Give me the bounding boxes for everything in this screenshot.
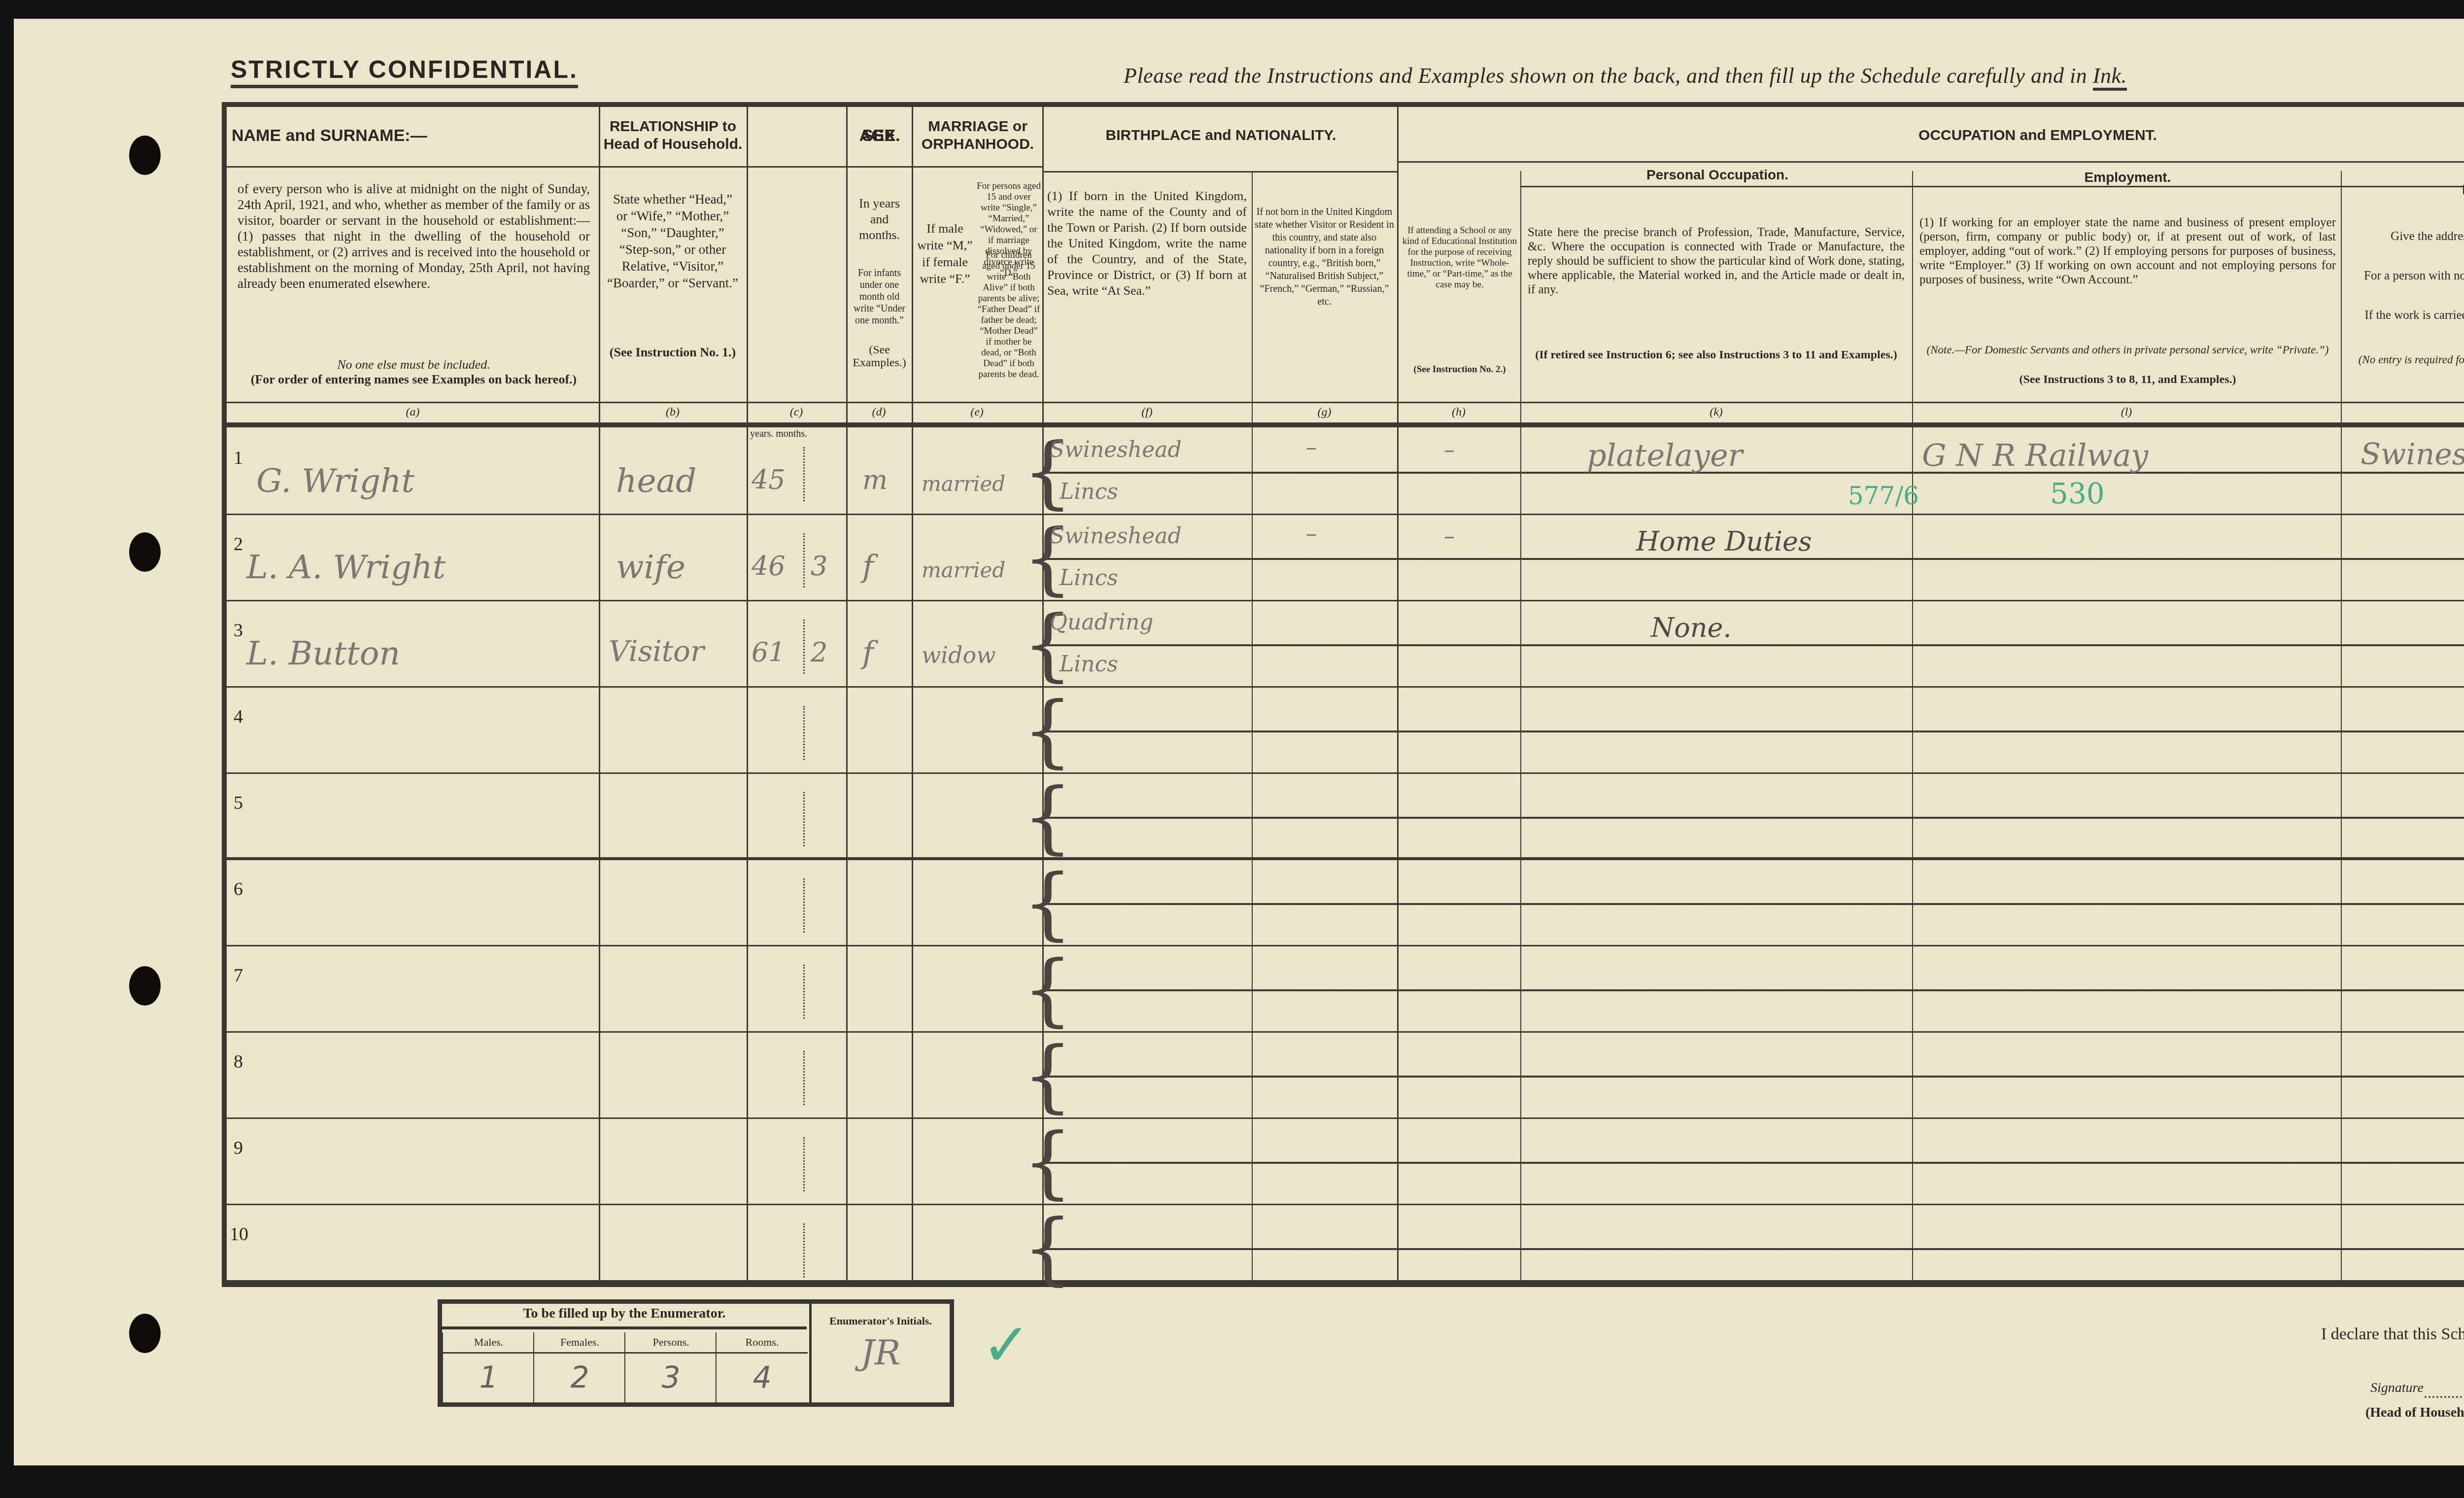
col-letter: (b) (599, 406, 747, 419)
half-row-line (1045, 731, 2464, 732)
row-number: 4 (234, 706, 243, 728)
half-row-line (1045, 558, 2464, 560)
divider (227, 422, 2464, 427)
row-divider (227, 1204, 2464, 1205)
birthplace-title: BIRTHPLACE and NATIONALITY. (1045, 127, 1397, 144)
col-g-body: If not born in the United Kingdom state … (1254, 206, 1395, 308)
row-divider (227, 945, 2464, 946)
row2-name[interactable]: L. A. Wright (246, 548, 445, 586)
enumerator-totals-box: To be filled up by the Enumerator. Males… (438, 1299, 954, 1407)
age-separator (803, 706, 805, 760)
row1-name[interactable]: G. Wright (256, 462, 414, 500)
age-separator (803, 878, 805, 933)
col-e-title: MARRIAGE or ORPHANHOOD. (914, 118, 1041, 153)
col-letter: (d) (846, 406, 912, 419)
persons-label: Persons. (625, 1332, 717, 1354)
col-c-body: In years and months. (849, 196, 910, 243)
divider (912, 107, 913, 1280)
punch-hole (129, 136, 161, 175)
divider (599, 107, 600, 1280)
rooms-label: Rooms. (717, 1332, 808, 1354)
row1-employment-code: 530 (2050, 477, 2105, 510)
divider (2341, 171, 2342, 1280)
col-k-body: State here the precise branch of Profess… (1528, 225, 1905, 297)
half-row-line (1045, 472, 2464, 474)
row1-place-of-work[interactable]: Swineshead (2361, 437, 2464, 472)
row3-birthplace-2[interactable]: Lincs (1060, 652, 1118, 677)
divider (1397, 107, 1399, 1280)
confidential-heading: STRICTLY CONFIDENTIAL. (231, 55, 578, 88)
row-number: 3 (234, 620, 243, 641)
row1-relationship[interactable]: head (616, 462, 696, 500)
divider (1042, 171, 1397, 173)
divider (227, 166, 1042, 168)
row2-age-months[interactable]: 3 (811, 551, 827, 582)
col-letter: (m) (2341, 406, 2464, 419)
col-letter: (h) (1397, 406, 1520, 419)
brace-icon: { (1023, 1036, 1073, 1115)
col-m-body: Give the address of each person's place … (2348, 230, 2464, 243)
col-c-note: (See Examples.) (849, 344, 910, 369)
col-h-body: If attending a School or any kind of Edu… (1401, 225, 1519, 290)
enumerator-box-title: To be filled up by the Enumerator. (442, 1306, 807, 1329)
row-divider (227, 772, 2464, 774)
col-l-title: Employment. (1915, 169, 2341, 186)
row2-birthplace-1[interactable]: Swineshead (1050, 523, 1182, 549)
row-number: 6 (234, 878, 243, 900)
row1-marriage[interactable]: married (922, 472, 1005, 496)
col-a-note2: (For order of entering names see Example… (238, 373, 590, 386)
row-divider (227, 1117, 2464, 1119)
age-subheader: years. months. (750, 428, 807, 440)
row-divider (227, 686, 2464, 688)
punch-hole (129, 966, 161, 1006)
age-separator (803, 447, 805, 501)
age-separator (803, 1137, 805, 1191)
col-a-note: No one else must be included. (238, 358, 590, 371)
col-m-body2: For a person with no regular place of wo… (2348, 270, 2464, 295)
divider (1912, 171, 1913, 1280)
row-number: 2 (234, 533, 243, 555)
row1-birthplace-2[interactable]: Lincs (1060, 479, 1118, 504)
col-l-note: (Note.—For Domestic Servants and others … (1919, 344, 2336, 356)
half-row-line (1045, 817, 2464, 819)
col-letter: (a) (227, 406, 599, 419)
row2-occupation[interactable]: Home Duties (1636, 526, 1812, 557)
age-separator (803, 1051, 805, 1105)
age-separator (803, 792, 805, 846)
signature-line (2425, 1396, 2464, 1398)
row1-occupation[interactable]: platelayer (1587, 437, 1743, 473)
row-divider (227, 600, 2464, 601)
occupation-title: OCCUPATION and EMPLOYMENT. (1400, 127, 2464, 144)
col-k-title: Personal Occupation. (1523, 166, 1912, 184)
row3-name[interactable]: L. Button (246, 634, 400, 672)
brace-icon: { (1023, 950, 1073, 1029)
row3-marriage[interactable]: widow (922, 642, 996, 668)
row1-nationality[interactable]: – (1306, 435, 1317, 460)
age-separator (803, 1223, 805, 1278)
col-l-body: (1) If working for an employer state the… (1919, 215, 2336, 287)
signature-caption: (Head of Household, Manager of Establish… (2365, 1405, 2464, 1421)
initials-label: Enumerator's Initials. (812, 1315, 950, 1327)
row3-age-years[interactable]: 61 (752, 637, 786, 668)
row-number: 10 (230, 1223, 248, 1245)
row-number: 8 (234, 1051, 243, 1073)
row2-sex[interactable]: f (862, 548, 874, 584)
females-cell: Females. 2 (533, 1332, 625, 1402)
instruction-ink: Ink. (2093, 64, 2127, 91)
punch-hole (129, 532, 161, 572)
instruction-text: Please read the Instructions and Example… (1124, 64, 2087, 88)
row-number: 7 (234, 965, 243, 986)
half-row-line (1045, 1162, 2464, 1164)
row3-occupation[interactable]: None. (1651, 612, 1732, 643)
declaration-text: I declare that this Schedule is correctl… (2321, 1325, 2464, 1344)
row1-employment[interactable]: G N R Railway (1922, 437, 2148, 473)
col-k-note: (If retired see Instruction 6; see also … (1528, 348, 1905, 361)
males-field[interactable]: 1 (443, 1360, 534, 1395)
row2-nationality[interactable]: – (1306, 521, 1317, 546)
row2-marriage[interactable]: married (922, 558, 1005, 582)
instruction-line: Please read the Instructions and Example… (1124, 63, 2127, 88)
col-letter: (g) (1252, 406, 1397, 419)
col-d-title: SEX. (849, 127, 913, 144)
col-b-body: State whether “Head,” or “Wife,” “Mother… (606, 191, 739, 291)
row-number: 5 (234, 792, 243, 814)
row-divider (227, 1031, 2464, 1033)
col-c-body2: For infants under one month old write “U… (849, 267, 910, 326)
check-mark-icon: ✓ (982, 1311, 1031, 1380)
row1-age-years[interactable]: 45 (752, 464, 786, 495)
row2-education[interactable]: – (1444, 523, 1455, 549)
row3-age-months[interactable]: 2 (811, 637, 827, 668)
row-number: 9 (234, 1137, 243, 1159)
col-letter: (l) (1912, 406, 2341, 419)
persons-field[interactable]: 3 (625, 1360, 717, 1395)
half-row-line (1045, 903, 2464, 905)
col-letter: (c) (747, 406, 846, 419)
brace-icon: { (1023, 691, 1073, 770)
row2-relationship[interactable]: wife (616, 548, 685, 586)
row2-age-years[interactable]: 46 (752, 551, 786, 582)
enumerator-initials-cell: Enumerator's Initials. JR (809, 1304, 950, 1402)
col-a-body: of every person who is alive at midnight… (238, 181, 590, 291)
row1-occupation-code: 577/6 (1848, 482, 1919, 510)
rooms-cell: Rooms. 4 (716, 1332, 808, 1402)
half-row-line (1045, 644, 2464, 646)
col-b-note: (See Instruction No. 1.) (606, 346, 739, 359)
col-l-note2: (See Instructions 3 to 8, 11, and Exampl… (1919, 373, 2336, 386)
brace-icon: { (1023, 864, 1073, 942)
brace-icon: { (1023, 1209, 1073, 1288)
row-number: 1 (234, 447, 243, 469)
males-label: Males. (443, 1332, 534, 1354)
males-cell: Males. 1 (442, 1332, 534, 1402)
row1-sex[interactable]: m (862, 464, 888, 495)
row3-sex[interactable]: f (862, 634, 874, 670)
persons-cell: Persons. 3 (624, 1332, 717, 1402)
rooms-field[interactable]: 4 (717, 1360, 808, 1395)
row1-birthplace-1[interactable]: Swineshead (1050, 437, 1182, 462)
half-row-line (1045, 1248, 2464, 1250)
col-m-title: Place of Work. (2343, 181, 2464, 199)
row1-education[interactable]: – (1444, 437, 1455, 462)
half-row-line (1045, 989, 2464, 991)
divider (227, 402, 2464, 403)
col-letter: (k) (1520, 406, 1912, 419)
age-separator (803, 965, 805, 1019)
col-m-note: (No entry is required for any person who… (2348, 353, 2464, 366)
row3-birthplace-1[interactable]: Quadring (1050, 610, 1153, 635)
females-label: Females. (534, 1332, 625, 1354)
col-h-note: (See Instruction No. 2.) (1401, 363, 1519, 376)
divider (1397, 161, 2464, 163)
row3-relationship[interactable]: Visitor (609, 634, 704, 668)
age-separator (803, 620, 805, 674)
row-divider (227, 514, 2464, 515)
row-divider (227, 857, 2464, 860)
punch-hole (129, 1314, 161, 1353)
divider (1252, 171, 1253, 1280)
col-a-title: NAME and SURNAME:— (232, 127, 429, 144)
divider (846, 107, 848, 1280)
age-separator (803, 533, 805, 588)
signature-label: Signature (2370, 1380, 2424, 1396)
row2-birthplace-2[interactable]: Lincs (1060, 565, 1118, 591)
col-b-title: RELATIONSHIP to Head of Household. (600, 118, 746, 153)
col-d-body: If male write “M,” if female write “F.” (914, 220, 976, 287)
col-f-body: (1) If born in the United Kingdom, write… (1047, 188, 1247, 299)
females-field[interactable]: 2 (534, 1360, 625, 1395)
initials-field[interactable]: JR (812, 1332, 950, 1373)
col-e-body2: For children aged under 15 write “Both A… (977, 250, 1041, 380)
col-m-body3: If the work is carried on mainly at home… (2348, 309, 2464, 322)
col-letter: (e) (912, 406, 1042, 419)
brace-icon: { (1023, 1122, 1073, 1201)
divider (747, 107, 748, 1280)
divider (1520, 171, 1521, 1280)
col-letter: (f) (1042, 406, 1252, 419)
brace-icon: { (1023, 777, 1073, 856)
half-row-line (1045, 1076, 2464, 1078)
household-table: NAME and SURNAME:— RELATIONSHIP to Head … (222, 102, 2464, 1287)
